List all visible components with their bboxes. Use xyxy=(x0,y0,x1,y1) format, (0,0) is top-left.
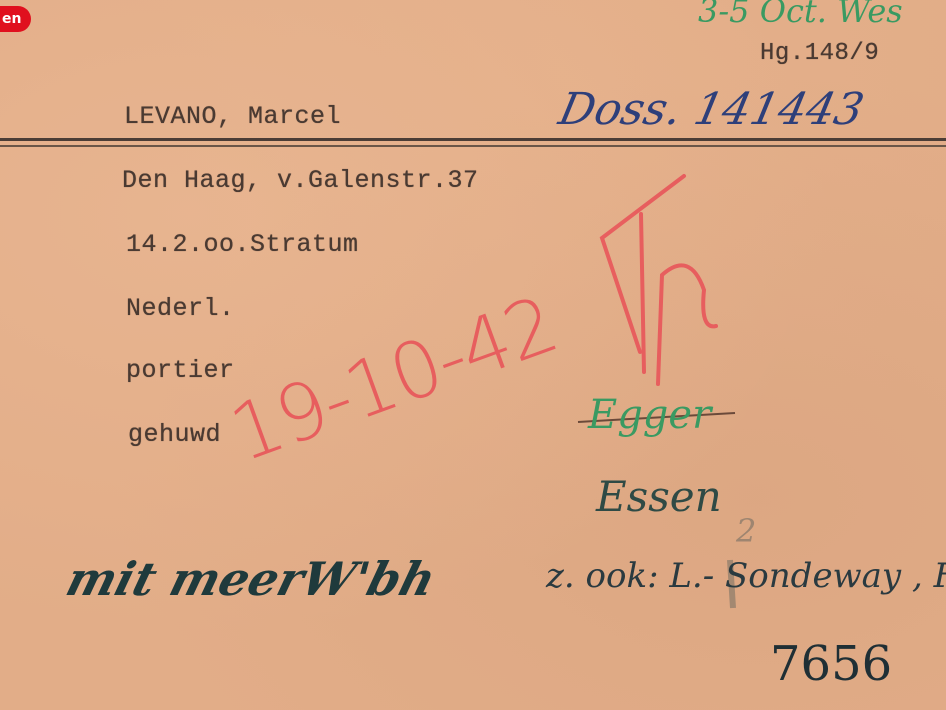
handwritten-number: 7656 xyxy=(770,636,892,692)
handwritten-note-right: z. ook: L.- Sondeway , Fran xyxy=(546,556,946,596)
struck-green-word: Egger xyxy=(588,392,711,438)
index-card: en 3-5 Oct. Wes Hg.148/9 LEVANO, Marcel … xyxy=(0,0,946,710)
handwritten-note-left: mit meerW'bh xyxy=(61,552,442,606)
handwritten-essen: Essen xyxy=(596,472,722,521)
pencil-mark: 2 xyxy=(736,512,756,550)
